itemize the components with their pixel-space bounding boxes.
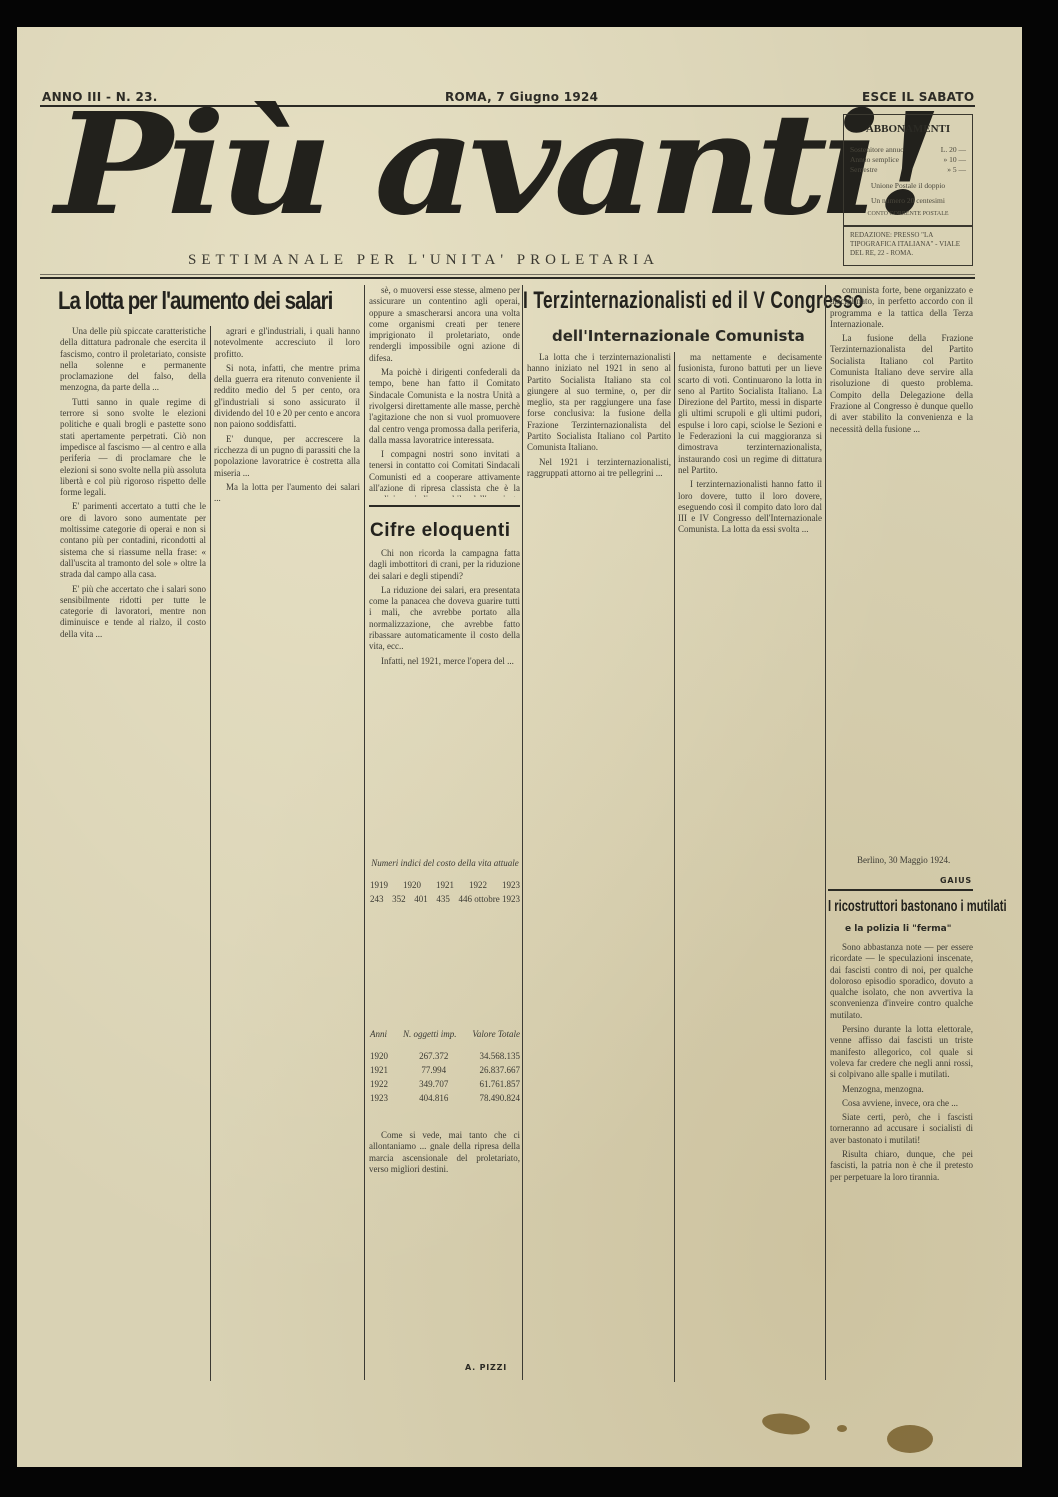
article-paragraph: La lotta che i terzinternazionalisti han…: [527, 352, 671, 454]
table-header-cell: N. oggetti imp.: [403, 1027, 457, 1041]
article-paragraph: Cosa avviene, invece, ora che ...: [830, 1098, 973, 1109]
article-column: Come si vede, mai tanto che ci allontani…: [369, 1130, 520, 1355]
masthead-subtitle: SETTIMANALE PER L'UNITA' PROLETARIA: [188, 252, 659, 269]
author-signature: GAIUS: [940, 876, 972, 885]
rate-label: Sostenitore annuo: [850, 145, 904, 155]
table-cell: 1920: [370, 1049, 388, 1063]
table-cell: 267.372: [419, 1049, 448, 1063]
article-paragraph: Persino durante la lotta elettorale, ven…: [830, 1024, 973, 1080]
table-cell: 404.816: [419, 1091, 448, 1105]
index-years: 19191920192119221923: [370, 878, 520, 892]
editorial-address: REDAZIONE: PRESSO "LA TIPOGRAFICA ITALIA…: [850, 231, 966, 258]
article-paragraph: E' dunque, per accrescere la ricchezza d…: [214, 434, 360, 479]
subscriptions-note: Un numero 20 centesimi: [850, 196, 966, 205]
column-rule: [364, 285, 365, 1380]
table-row: 1922349.70761.761.857: [370, 1077, 520, 1091]
table-cell: 1921: [370, 1063, 388, 1077]
article-paragraph: ma nettamente e decisamente fusionista, …: [678, 352, 822, 476]
dateline: Berlino, 30 Maggio 1924.: [845, 855, 975, 869]
table-cell: 34.568.135: [480, 1049, 521, 1063]
article-paragraph: Una delle più spiccate caratteristiche d…: [60, 326, 206, 394]
article-column: Una delle più spiccate caratteristiche d…: [60, 326, 206, 1386]
article-paragraph: I terzinternazionalisti hanno fatto il l…: [678, 479, 822, 535]
cost-index: Numeri indici del costo della vita attua…: [370, 858, 520, 906]
index-cell: 1919: [370, 878, 388, 892]
subscription-rate: Annuo semplice» 10 —: [850, 155, 966, 165]
article-headline: I ricostruttori bastonano i mutilati: [828, 898, 1007, 916]
table-row: 1923404.81678.490.824: [370, 1091, 520, 1105]
rate-price: » 5 —: [947, 165, 966, 175]
table-header-cell: Anni: [370, 1027, 387, 1041]
column-rule: [674, 352, 675, 1382]
article-paragraph: I compagni nostri sono invitati a teners…: [369, 449, 520, 497]
pawn-table: AnniN. oggetti imp.Valore Totale 1920267…: [370, 1027, 520, 1105]
ink-stain: [887, 1425, 933, 1453]
article-headline: I Terzinternazionalisti ed il V Congress…: [523, 287, 864, 315]
subscription-rate: Sostenitore annuoL. 20 —: [850, 145, 966, 155]
ink-stain: [837, 1425, 847, 1432]
column-rule: [522, 285, 523, 1380]
index-cell: 446 ottobre 1923: [459, 892, 521, 906]
article-column: La lotta che i terzinternazionalisti han…: [527, 352, 671, 1382]
article-paragraph: sè, o muoversi esse stesse, almeno per a…: [369, 285, 520, 364]
article-paragraph: E' parimenti accertato a tutti che le or…: [60, 501, 206, 580]
index-cell: 401: [414, 892, 428, 906]
article-paragraph: comunista forte, bene organizzato e disc…: [830, 285, 973, 330]
section-rule: [369, 505, 520, 507]
table-cell: 26.837.667: [480, 1063, 521, 1077]
article-paragraph: Siate certi, però, che i fascisti torner…: [830, 1112, 973, 1146]
article-column: ma nettamente e decisamente fusionista, …: [678, 352, 822, 1382]
divider: [844, 225, 972, 227]
subscriptions-note: CONTO CORRENTE POSTALE: [850, 211, 966, 217]
table-cell: 77.994: [421, 1063, 446, 1077]
table-cell: 1922: [370, 1077, 388, 1091]
article-paragraph: Sono abbastanza note — per essere ricord…: [830, 942, 973, 1021]
article-paragraph: agrari e gl'industriali, i quali hanno n…: [214, 326, 360, 360]
index-cell: 435: [436, 892, 450, 906]
dateline-text: Berlino, 30 Maggio 1924.: [845, 855, 975, 866]
article-paragraph: Ma la lotta per l'aumento dei salari ...: [214, 482, 360, 505]
article-paragraph: Chi non ricorda la campagna fatta dagli …: [369, 548, 520, 582]
subscriptions-box: ABBONAMENTI Sostenitore annuoL. 20 —Annu…: [843, 114, 973, 266]
ink-stain: [761, 1411, 811, 1437]
subscription-rates: Sostenitore annuoL. 20 —Annuo semplice» …: [850, 145, 966, 175]
section-rule: [828, 889, 973, 891]
article-paragraph: La riduzione dei salari, era presentata …: [369, 585, 520, 653]
table-cell: 349.707: [419, 1077, 448, 1091]
article-paragraph: Risulta chiaro, dunque, che pei fascisti…: [830, 1149, 973, 1183]
table-body: 1920267.37234.568.135192177.99426.837.66…: [370, 1049, 520, 1105]
subscriptions-note: Unione Postale il doppio: [850, 181, 966, 190]
index-cell: 243: [370, 892, 384, 906]
subscriptions-title: ABBONAMENTI: [850, 123, 966, 135]
masthead-title: Più avanti!: [55, 95, 936, 235]
table-cell: 1923: [370, 1091, 388, 1105]
article-column: agrari e gl'industriali, i quali hanno n…: [214, 326, 360, 1386]
index-title: Numeri indici del costo della vita attua…: [370, 858, 520, 868]
article-paragraph: Menzogna, menzogna.: [830, 1084, 973, 1095]
table-header: AnniN. oggetti imp.Valore Totale: [370, 1027, 520, 1041]
article-paragraph: Si nota, infatti, che mentre prima della…: [214, 363, 360, 431]
column-rule: [210, 326, 211, 1381]
rate-label: Semestre: [850, 165, 878, 175]
table-row: 1920267.37234.568.135: [370, 1049, 520, 1063]
table-row: 192177.99426.837.667: [370, 1063, 520, 1077]
article-column: sè, o muoversi esse stesse, almeno per a…: [369, 285, 520, 497]
index-cell: 352: [392, 892, 406, 906]
article-paragraph: Ma poichè i dirigenti confederali da tem…: [369, 367, 520, 446]
index-cell: 1923: [502, 878, 520, 892]
article-subheadline: dell'Internazionale Comunista: [552, 327, 805, 345]
article-paragraph: E' più che accertato che i salari sono s…: [60, 584, 206, 640]
article-paragraph: Tutti sanno in quale regime di terrore s…: [60, 397, 206, 499]
article-headline: La lotta per l'aumento dei salari: [58, 287, 332, 316]
masthead-rule: [40, 277, 975, 279]
index-values: 243352401435446 ottobre 1923: [370, 892, 520, 906]
rate-price: » 10 —: [944, 155, 967, 165]
index-cell: 1921: [436, 878, 454, 892]
subscription-rate: Semestre» 5 —: [850, 165, 966, 175]
column-rule: [825, 285, 826, 1380]
author-signature: A. PIZZI: [465, 1363, 507, 1372]
article-column: Sono abbastanza note — per essere ricord…: [830, 942, 973, 1382]
table-cell: 78.490.824: [480, 1091, 521, 1105]
article-paragraph: Infatti, nel 1921, merce l'opera del ...: [369, 656, 520, 667]
article-column: comunista forte, bene organizzato e disc…: [830, 285, 973, 845]
masthead-rule-thin: [40, 274, 975, 275]
article-column: Chi non ricorda la campagna fatta dagli …: [369, 548, 520, 848]
rate-label: Annuo semplice: [850, 155, 899, 165]
index-cell: 1922: [469, 878, 487, 892]
table-cell: 61.761.857: [480, 1077, 521, 1091]
article-paragraph: Nel 1921 i terzinternazionalisti, raggru…: [527, 457, 671, 480]
article-paragraph: Come si vede, mai tanto che ci allontani…: [369, 1130, 520, 1175]
rate-price: L. 20 —: [941, 145, 966, 155]
article-headline: Cifre eloquenti: [370, 520, 511, 542]
table-header-cell: Valore Totale: [472, 1027, 520, 1041]
article-paragraph: La fusione della Frazione Terzinternazio…: [830, 333, 973, 435]
index-cell: 1920: [403, 878, 421, 892]
article-subheadline: e la polizia li "ferma": [845, 924, 951, 934]
